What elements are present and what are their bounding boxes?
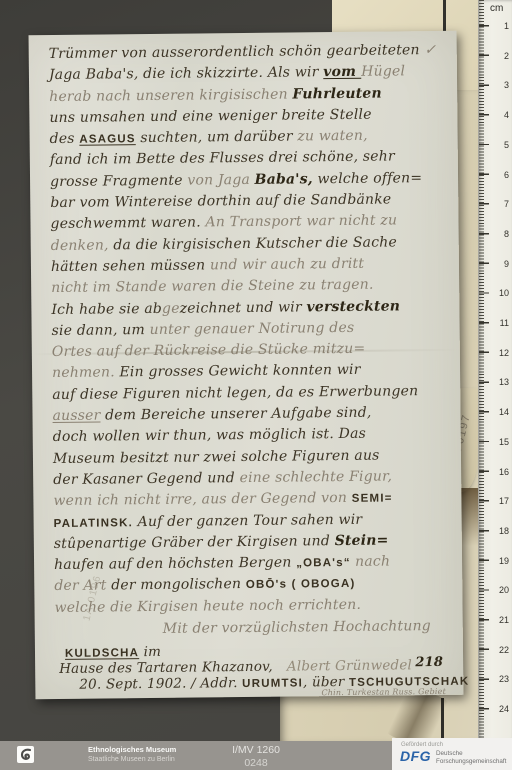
letter-segment: Hügel — [361, 64, 405, 80]
dfg-credit-box: Gefördert durch DFG Deutsche Forschungsg… — [392, 738, 512, 770]
letter-segment: wenn ich nicht irre, aus der Gegend von — [53, 490, 352, 509]
ruler-number: 13 — [492, 377, 509, 387]
letter-closing: Mit der vorzüglichsten Hochachtung — [163, 618, 453, 638]
letter-line: Ich habe sie abgezeichnet und wir verste… — [51, 295, 449, 320]
signature: Albert Grünwedel — [287, 657, 412, 674]
letter-segment: Jaga Baba's, die ich skizzirte. Als wir — [49, 64, 323, 83]
letter-segment: der mongolischen — [111, 576, 246, 593]
letter-segment: geschwemmt waren. — [50, 215, 205, 233]
letter-segment: des — [50, 131, 80, 147]
ruler-number: 17 — [492, 496, 509, 506]
place-rest: im — [139, 644, 161, 660]
ruler-unit-label: cm — [490, 3, 510, 14]
letter-segment: welche offen= — [313, 170, 423, 187]
ruler-number: 8 — [492, 229, 509, 239]
ruler-number: 20 — [492, 585, 509, 595]
letter-segment: da die kirgisischen Kutscher die Sache — [113, 234, 397, 253]
letter-segment: grosse Fragmente — [50, 172, 187, 189]
letter-segment: ge — [162, 300, 180, 316]
letter-segment: An Transport war nicht zu — [205, 213, 397, 231]
ruler-number: 5 — [492, 140, 509, 150]
letter-segment: Trümmer von ausserordentlich schön gearb… — [49, 42, 425, 62]
letter-line: welche die Kirgisen heute noch errichten… — [54, 594, 452, 619]
ruler-number: 24 — [492, 704, 509, 714]
letter-segment: fand ich im Bette des Flusses drei schön… — [50, 149, 395, 169]
letter-segment: eine schlechte Figur, — [239, 468, 392, 486]
letter-segment: unter genauer Notirung des — [150, 320, 355, 338]
dfg-name-line2: Forschungsgemeinschaft — [436, 758, 506, 766]
ruler-number: 12 — [492, 348, 509, 358]
dfg-name-line1: Deutsche — [436, 750, 506, 758]
letter-segment: stûpenartige Gräber der Kirgisen und — [54, 533, 335, 552]
ruler-cm-ticks — [479, 0, 489, 715]
ruler-number: 6 — [492, 170, 509, 180]
dfg-logo: DFG — [400, 748, 431, 764]
letter-segment: Stein= — [335, 532, 389, 549]
letter-line: denken, da die kirgisischen Kutscher die… — [51, 232, 449, 257]
shelfmark: I/MV 1260 0248 — [176, 744, 336, 769]
letter-line: wenn ich nicht irre, aus der Gegend von … — [53, 487, 451, 512]
letter-segment: OBŌ's ( OBOGA) — [246, 578, 356, 591]
shelfmark-sheet: 0248 — [176, 757, 336, 770]
letter-segment: zeichnet und wir — [180, 299, 307, 316]
letter-segment: nach — [355, 554, 390, 570]
museum-name: Ethnologisches Museum — [88, 745, 176, 755]
letter-segment: ✓ — [424, 42, 436, 58]
ruler-number: 10 — [492, 288, 509, 298]
letter-segment: ausser — [52, 408, 100, 425]
letter-segment: und wir auch zu dritt — [210, 256, 364, 274]
museum-logo — [17, 746, 34, 763]
letter-segment: nehmen. — [52, 365, 120, 382]
cm-ruler: cm 1234567891011121314151617181920212223… — [478, 0, 512, 741]
ruler-number: 16 — [492, 467, 509, 477]
letter-segment: welche die Kirgisen heute noch errichten… — [54, 597, 361, 616]
letter-segment: herab nach unseren kirgisischen — [49, 86, 292, 105]
letter-segment: Ein grosses Gewicht konnten wir — [119, 362, 360, 381]
letter-segment: zu waten, — [297, 128, 368, 145]
letter-segment: Baba's, — [255, 171, 313, 188]
page-curl-shadow — [378, 692, 456, 742]
letter-segment: SEMI= — [352, 493, 393, 505]
museum-institution: Staatliche Museen zu Berlin — [88, 755, 176, 765]
ruler-number: 15 — [492, 437, 509, 447]
ruler-number: 22 — [492, 645, 509, 655]
letter-segment: vom — [323, 64, 361, 80]
letter-segment: suchten, um darüber — [136, 129, 298, 147]
letter-segment: bar vom Wintereise dorthin auf die Sandb… — [50, 192, 391, 212]
letter-segment: Fuhrleuten — [292, 85, 382, 102]
ruler-number: 23 — [492, 674, 509, 684]
museum-label: Ethnologisches Museum Staatliche Museen … — [88, 745, 176, 764]
ruler-number: 14 — [492, 407, 509, 417]
ruler-number: 3 — [492, 80, 509, 90]
letter-segment: der Kasaner Gegend und — [53, 470, 240, 488]
place-name: KULDSCHA — [65, 647, 139, 660]
museum-logo-icon — [17, 746, 34, 763]
letter-segment: hätten sehen müssen — [51, 257, 210, 275]
dfg-full-name: Deutsche Forschungsgemeinschaft — [436, 750, 506, 765]
letter-segment: sie dann, um — [52, 322, 150, 339]
letter-segment: „OBA's“ — [296, 557, 355, 570]
ruler-number: 18 — [492, 526, 509, 536]
letter-segment: doch wollen wir thun, was möglich ist. D… — [53, 426, 366, 445]
letter-line: Jaga Baba's, die ich skizzirte. Als wir … — [49, 61, 447, 86]
address-caps: URUMTSI — [242, 677, 303, 690]
ruler-number: 9 — [492, 259, 509, 269]
archival-scan-page: 1A 0197 1A 0196 Trümmer von ausserordent… — [0, 0, 512, 770]
ruler-number: 1 — [492, 21, 509, 31]
letter-segment: Auf der ganzen Tour sahen wir — [133, 511, 362, 529]
ruler-number: 21 — [492, 615, 509, 625]
letter-segment: dem Bereiche unserer Aufgabe sind, — [100, 405, 371, 424]
ruler-number: 4 — [492, 110, 509, 120]
letter-segment: PALATINSK. — [54, 517, 133, 530]
letter-segment: ASAGUS — [79, 133, 136, 146]
letter-line: auf diese Figuren nicht legen, da es Erw… — [52, 381, 450, 406]
ruler-number: 11 — [492, 318, 509, 328]
letter-segment: denken, — [51, 237, 114, 254]
letter-segment: Ich habe sie ab — [51, 300, 162, 317]
letter-segment: uns umsahen und eine weniger breite Stel… — [49, 107, 371, 126]
letter-date-note: Chin. Turkestan Russ. Gebiet — [321, 687, 453, 697]
date-text: 20. Sept. 1902. / Addr. — [79, 675, 242, 693]
letter-segment: nicht im Stande waren die Steine zu trag… — [51, 277, 374, 296]
ruler-number: 19 — [492, 556, 509, 566]
letter-segment: von Jaga — [187, 172, 254, 189]
letter-segment: haufen auf den höchsten Bergen — [54, 555, 296, 574]
page-number: 218 — [415, 655, 443, 670]
letter-lines: Trümmer von ausserordentlich schön gearb… — [49, 40, 453, 619]
letter-segment: Museum besitzt nur zwei solche Figuren a… — [53, 447, 380, 466]
ruler-number: 7 — [492, 199, 509, 209]
shelfmark-id: I/MV 1260 — [176, 744, 336, 757]
letter-segment: versteckten — [306, 298, 400, 315]
ruler-number: 2 — [492, 51, 509, 61]
letter-segment: auf diese Figuren nicht legen, da es Erw… — [52, 383, 418, 403]
